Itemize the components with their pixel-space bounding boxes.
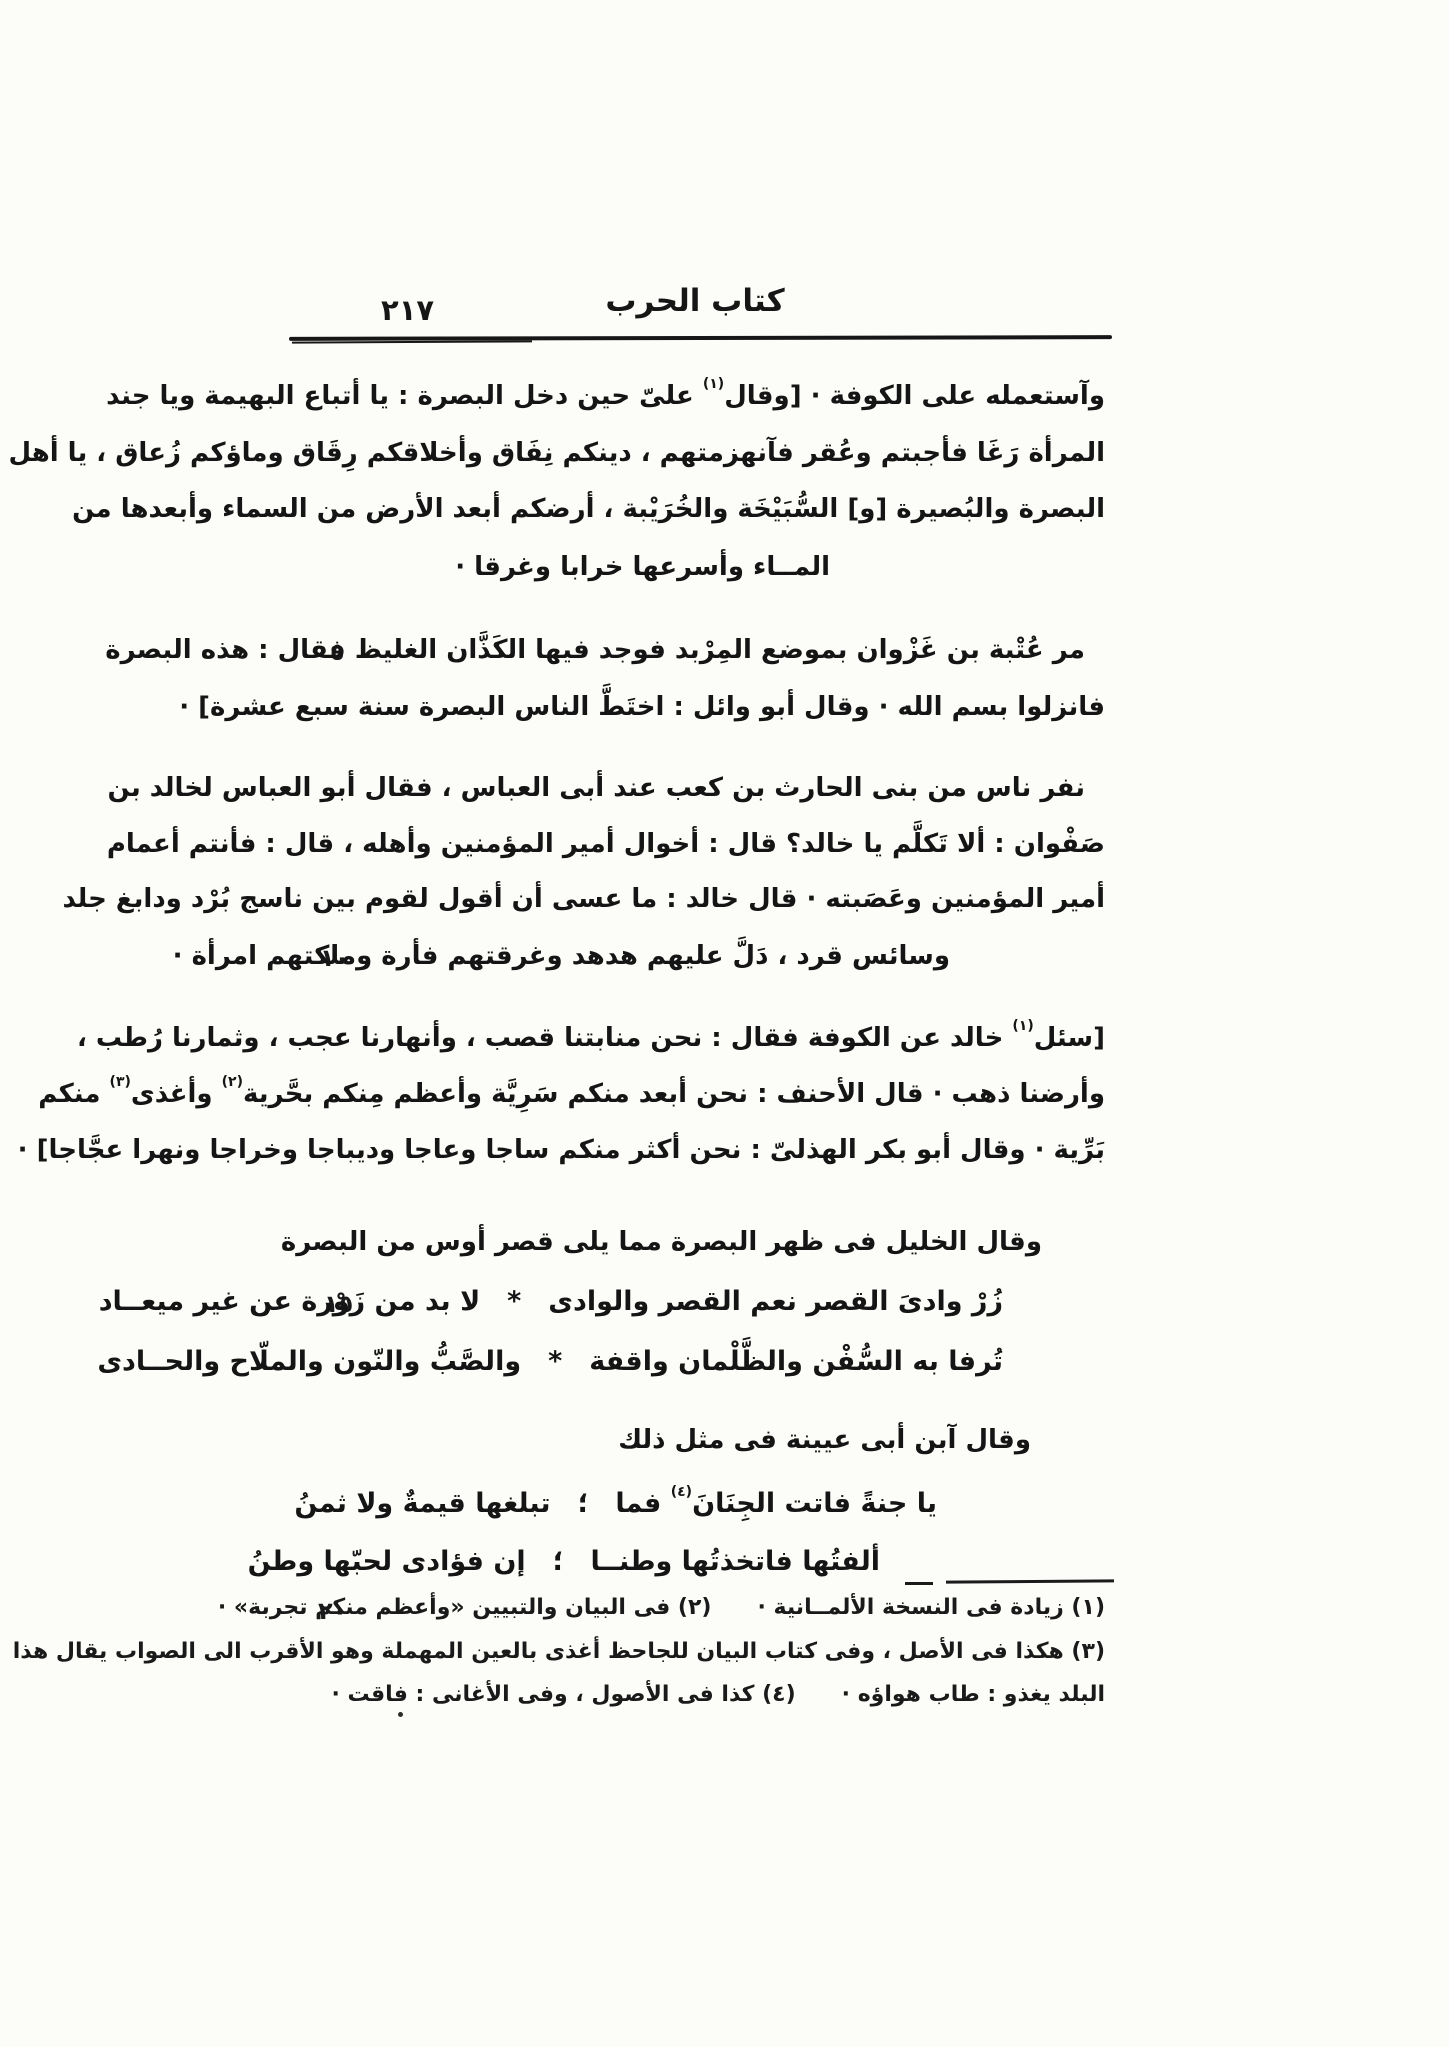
footnote-3: (٣) هكذا فى الأصل ، وفى كتاب البيان للجا… (13, 1636, 1105, 1668)
text-line: [سئل(١) خالد عن الكوفة فقال : نحن منابتن… (297, 1018, 1105, 1058)
header-rule-overstrike (292, 340, 532, 343)
text-line: صَفْوان : ألا تَكلَّم يا خالد؟ قال : أخو… (297, 824, 1105, 864)
footnote-row: (١) زيادة فى النسخة الألمــانية · (٢) فى… (218, 1592, 1105, 1624)
text-line: المرأة رَغَا فأجبتم وعُقر فآنهزمتهم ، دي… (297, 433, 1105, 473)
text-line: أمير المؤمنين وعَصَبته · قال خالد : ما ع… (297, 879, 1105, 919)
poem-verse: تُرفا به السُّفْن والظَّلْمان واقفة * وا… (97, 1342, 1003, 1382)
poem-verse: يا جنةً فاتت الجِنَانَ(٤) فما ؛ تبلغها ق… (294, 1484, 937, 1524)
footnote-1: (١) زيادة فى النسخة الألمــانية · (757, 1592, 1105, 1624)
footnote-4: (٤) كذا فى الأصول ، وفى الأغانى : فاقت · (331, 1679, 795, 1711)
footnote-separator-dash (905, 1582, 933, 1585)
text-line: وقال آبن أبى عيينة فى مثل ذلك (618, 1420, 1031, 1460)
footnote-separator (946, 1579, 1114, 1583)
footnote-3-continued: البلد يغذو : طاب هواؤه · (842, 1679, 1105, 1711)
poem-verse: ألفتُها فاتخذتُها وطنــا ؛ إن فؤادى لحبّ… (248, 1542, 880, 1582)
stray-ink-mark (398, 1712, 403, 1717)
footnote-row: (٣) هكذا فى الأصل ، وفى كتاب البيان للجا… (13, 1636, 1105, 1668)
text-line: مر عُتْبة بن غَزْوان بموضع المِرْبد فوجد… (297, 630, 1085, 670)
footnote-row: البلد يغذو : طاب هواؤه · (٤) كذا فى الأص… (331, 1679, 1105, 1711)
text-line: وقال الخليل فى ظهر البصرة مما يلى قصر أو… (281, 1222, 1042, 1262)
text-line: وأرضنا ذهب · قال الأحنف : نحن أبعد منكم … (297, 1074, 1105, 1114)
book-page: كتاب الحرب ٢١٧ ٥ ١٠ ١٥ ٢٠ وآستعمله على ا… (0, 0, 1449, 2047)
page-number: ٢١٧ (381, 293, 434, 327)
text-line: نفر ناس من بنى الحارث بن كعب عند أبى الع… (297, 768, 1085, 808)
text-line: البصرة والبُصيرة [و] السُّبَيْخَة والخُر… (297, 489, 1105, 529)
footnote-2: (٢) فى البيان والتبيين «وأعظم منكم تجربة… (218, 1592, 712, 1624)
text-line: وآستعمله على الكوفة · [وقال(١) علىّ حين … (297, 376, 1105, 416)
page-title: كتاب الحرب (600, 283, 790, 319)
text-line: وسائس قرد ، دَلَّ عليهم هدهد وغرقتهم فأر… (173, 936, 950, 976)
text-line: فانزلوا بسم الله · وقال أبو وائل : اختَط… (179, 687, 1105, 727)
text-line: بَرِّية · وقال أبو بكر الهذلىّ : نحن أكث… (297, 1130, 1105, 1170)
poem-verse: زُرْ وادىَ القصر نعم القصر والوادى * لا … (99, 1282, 1003, 1322)
text-line: المــاء وأسرعها خرابا وغرقا · (455, 547, 830, 587)
